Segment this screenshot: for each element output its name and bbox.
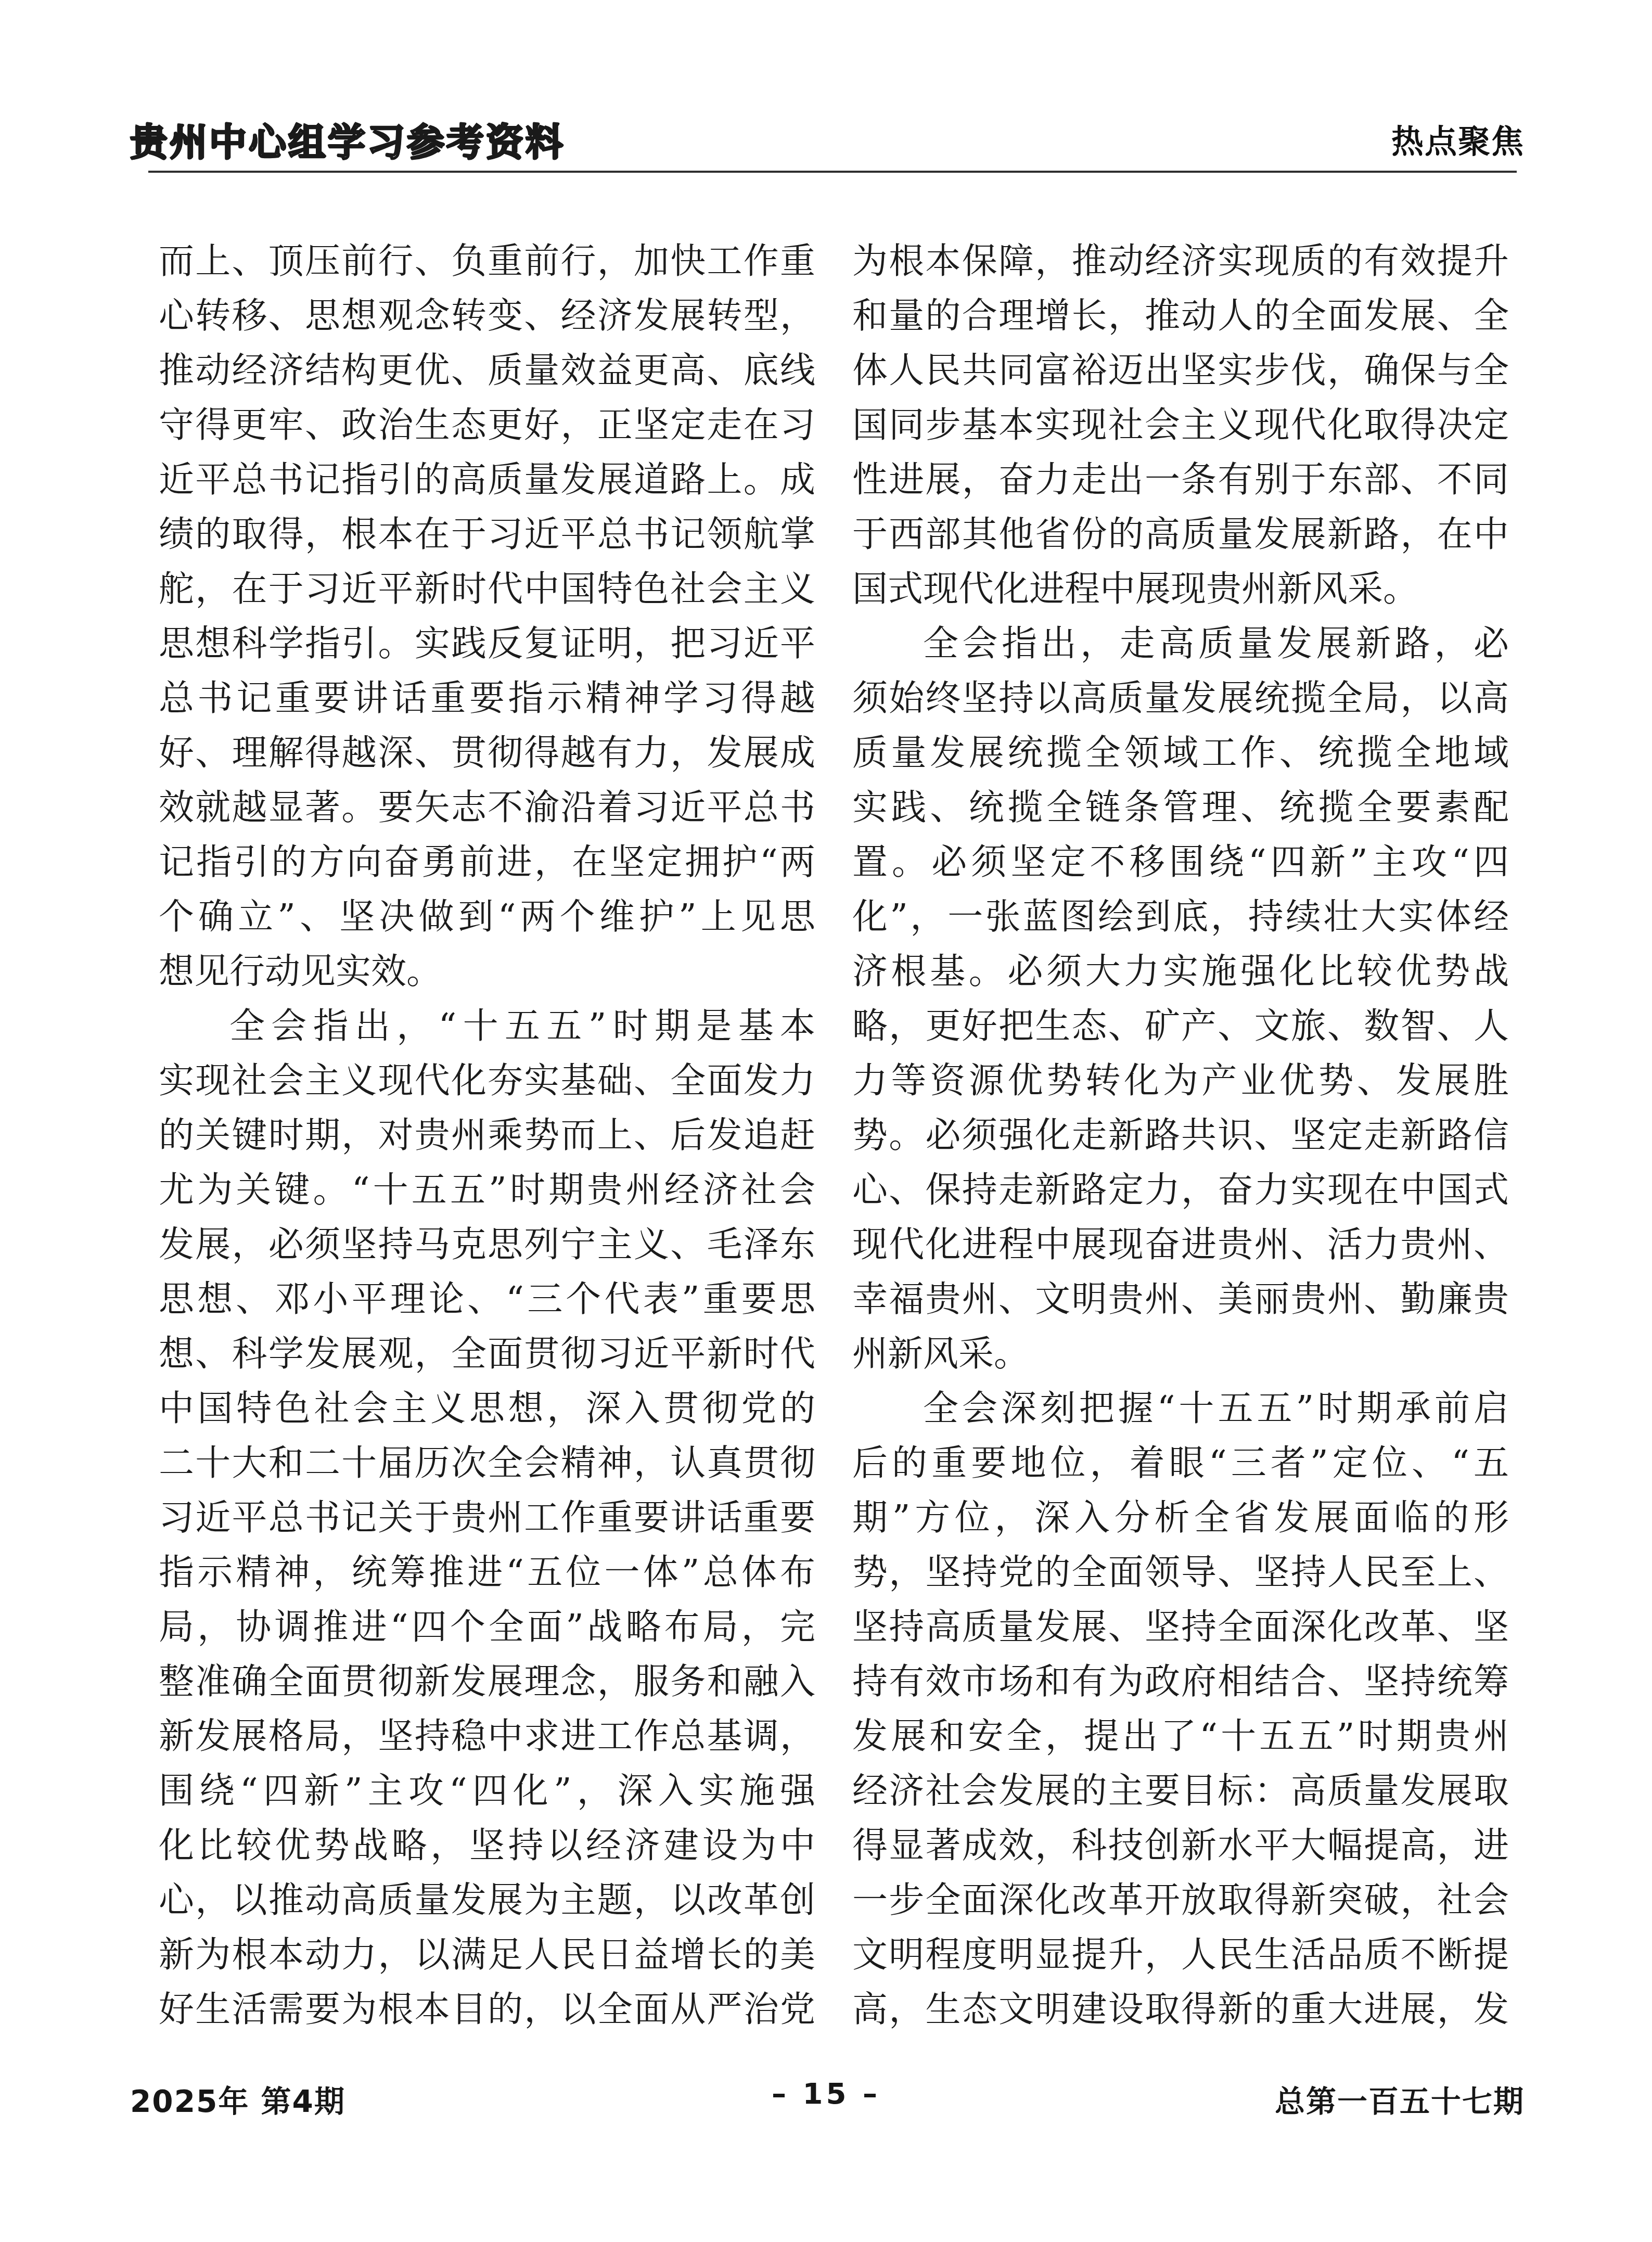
text-line: 置。必须坚定不移围绕“四新”主攻“四 <box>852 835 1509 890</box>
text-line: 好生活需要为根本目的，以全面从严治党 <box>159 1982 815 2037</box>
text-line: 实现社会主义现代化夯实基础、全面发力 <box>159 1054 815 1108</box>
text-line: 习近平总书记关于贵州工作重要讲话重要 <box>159 1491 815 1545</box>
text-line: 济根基。必须大力实施强化比较优势战 <box>852 944 1509 999</box>
text-line: 力等资源优势转化为产业优势、发展胜 <box>852 1054 1509 1108</box>
text-line: 全会指出，走高质量发展新路，必 <box>852 617 1509 671</box>
text-line: 中国特色社会主义思想，深入贯彻党的 <box>159 1381 815 1436</box>
text-line: 为根本保障，推动经济实现质的有效提升 <box>852 234 1509 289</box>
text-line: 现代化进程中展现奋进贵州、活力贵州、 <box>852 1218 1509 1272</box>
text-line: 心转移、思想观念转变、经济发展转型， <box>159 289 815 343</box>
text-line: 化”，一张蓝图绘到底，持续壮大实体经 <box>852 890 1509 944</box>
text-line: 尤为关键。“十五五”时期贵州经济社会 <box>159 1163 815 1218</box>
text-line: 全会指出，“十五五”时期是基本 <box>159 999 815 1054</box>
text-line: 想、科学发展观，全面贯彻习近平新时代 <box>159 1327 815 1381</box>
text-line: 发展和安全，提出了“十五五”时期贵州 <box>852 1709 1509 1764</box>
text-line: 性进展，奋力走出一条有别于东部、不同 <box>852 453 1509 507</box>
text-line: 一步全面深化改革开放取得新突破，社会 <box>852 1873 1509 1928</box>
text-line: 思想、邓小平理论、“三个代表”重要思 <box>159 1272 815 1327</box>
text-line: 和量的合理增长，推动人的全面发展、全 <box>852 289 1509 343</box>
text-line: 总书记重要讲话重要指示精神学习得越 <box>159 671 815 726</box>
right-column: 为根本保障，推动经济实现质的有效提升和量的合理增长，推动人的全面发展、全体人民共… <box>852 234 1509 2037</box>
text-line: 效就越显著。要矢志不渝沿着习近平总书 <box>159 780 815 835</box>
text-line: 绩的取得，根本在于习近平总书记领航掌 <box>159 507 815 562</box>
section-label: 热点聚焦 <box>1391 116 1525 162</box>
text-line: 思想科学指引。实践反复证明，把习近平 <box>159 617 815 671</box>
text-line: 全会深刻把握“十五五”时期承前启 <box>852 1381 1509 1436</box>
footer-issue-label: 2025年 第4期 <box>130 2077 345 2121</box>
text-line: 幸福贵州、文明贵州、美丽贵州、勤廉贵 <box>852 1272 1509 1327</box>
text-line: 坚持高质量发展、坚持全面深化改革、坚 <box>852 1600 1509 1655</box>
text-line: 州新风采。 <box>852 1327 1509 1381</box>
footer-cumulative-issue-label: 总第一百五十七期 <box>1275 2077 1525 2121</box>
text-line: 势，坚持党的全面领导、坚持人民至上、 <box>852 1545 1509 1600</box>
text-line: 而上、顶压前行、负重前行，加快工作重 <box>159 234 815 289</box>
text-line: 的关键时期，对贵州乘势而上、后发追赶 <box>159 1108 815 1163</box>
text-line: 持有效市场和有为政府相结合、坚持统筹 <box>852 1655 1509 1709</box>
text-line: 指示精神，统筹推进“五位一体”总体布 <box>159 1545 815 1600</box>
text-line: 局，协调推进“四个全面”战略布局，完 <box>159 1600 815 1655</box>
text-line: 发展，必须坚持马克思列宁主义、毛泽东 <box>159 1218 815 1272</box>
text-line: 好、理解得越深、贯彻得越有力，发展成 <box>159 726 815 780</box>
left-column: 而上、顶压前行、负重前行，加快工作重心转移、思想观念转变、经济发展转型，推动经济… <box>159 234 815 2037</box>
document-page: 贵州中心组学习参考资料 热点聚焦 而上、顶压前行、负重前行，加快工作重心转移、思… <box>0 0 1652 2242</box>
header-rule <box>148 171 1517 173</box>
text-line: 体人民共同富裕迈出坚实步伐，确保与全 <box>852 343 1509 398</box>
text-line: 后的重要地位，着眼“三者”定位、“五 <box>852 1436 1509 1491</box>
text-line: 个确立”、坚决做到“两个维护”上见思 <box>159 890 815 944</box>
text-line: 期”方位，深入分析全省发展面临的形 <box>852 1491 1509 1545</box>
text-line: 实践、统揽全链条管理、统揽全要素配 <box>852 780 1509 835</box>
text-line: 舵，在于习近平新时代中国特色社会主义 <box>159 562 815 617</box>
text-line: 化比较优势战略，坚持以经济建设为中 <box>159 1818 815 1873</box>
text-line: 势。必须强化走新路共识、坚定走新路信 <box>852 1108 1509 1163</box>
text-line: 守得更牢、政治生态更好，正坚定走在习 <box>159 398 815 453</box>
text-line: 新发展格局，坚持稳中求进工作总基调， <box>159 1709 815 1764</box>
text-line: 想见行动见实效。 <box>159 944 815 999</box>
text-line: 得显著成效，科技创新水平大幅提高，进 <box>852 1818 1509 1873</box>
text-line: 高，生态文明建设取得新的重大进展，发 <box>852 1982 1509 2037</box>
text-line: 心、保持走新路定力，奋力实现在中国式 <box>852 1163 1509 1218</box>
page-header: 贵州中心组学习参考资料 热点聚焦 <box>130 116 1525 162</box>
masthead-title: 贵州中心组学习参考资料 <box>130 112 565 166</box>
text-line: 推动经济结构更优、质量效益更高、底线 <box>159 343 815 398</box>
text-line: 整准确全面贯彻新发展理念，服务和融入 <box>159 1655 815 1709</box>
text-line: 国同步基本实现社会主义现代化取得决定 <box>852 398 1509 453</box>
footer-page-number: – 15 – <box>772 2077 880 2111</box>
text-line: 国式现代化进程中展现贵州新风采。 <box>852 562 1509 617</box>
text-line: 经济社会发展的主要目标：高质量发展取 <box>852 1764 1509 1818</box>
text-line: 围绕“四新”主攻“四化”，深入实施强 <box>159 1764 815 1818</box>
text-line: 须始终坚持以高质量发展统揽全局，以高 <box>852 671 1509 726</box>
text-line: 近平总书记指引的高质量发展道路上。成 <box>159 453 815 507</box>
text-line: 质量发展统揽全领域工作、统揽全地域 <box>852 726 1509 780</box>
text-line: 二十大和二十届历次全会精神，认真贯彻 <box>159 1436 815 1491</box>
text-line: 略，更好把生态、矿产、文旅、数智、人 <box>852 999 1509 1054</box>
text-line: 文明程度明显提升，人民生活品质不断提 <box>852 1928 1509 1982</box>
text-line: 新为根本动力，以满足人民日益增长的美 <box>159 1928 815 1982</box>
text-line: 于西部其他省份的高质量发展新路，在中 <box>852 507 1509 562</box>
text-line: 记指引的方向奋勇前进，在坚定拥护“两 <box>159 835 815 890</box>
text-line: 心，以推动高质量发展为主题，以改革创 <box>159 1873 815 1928</box>
